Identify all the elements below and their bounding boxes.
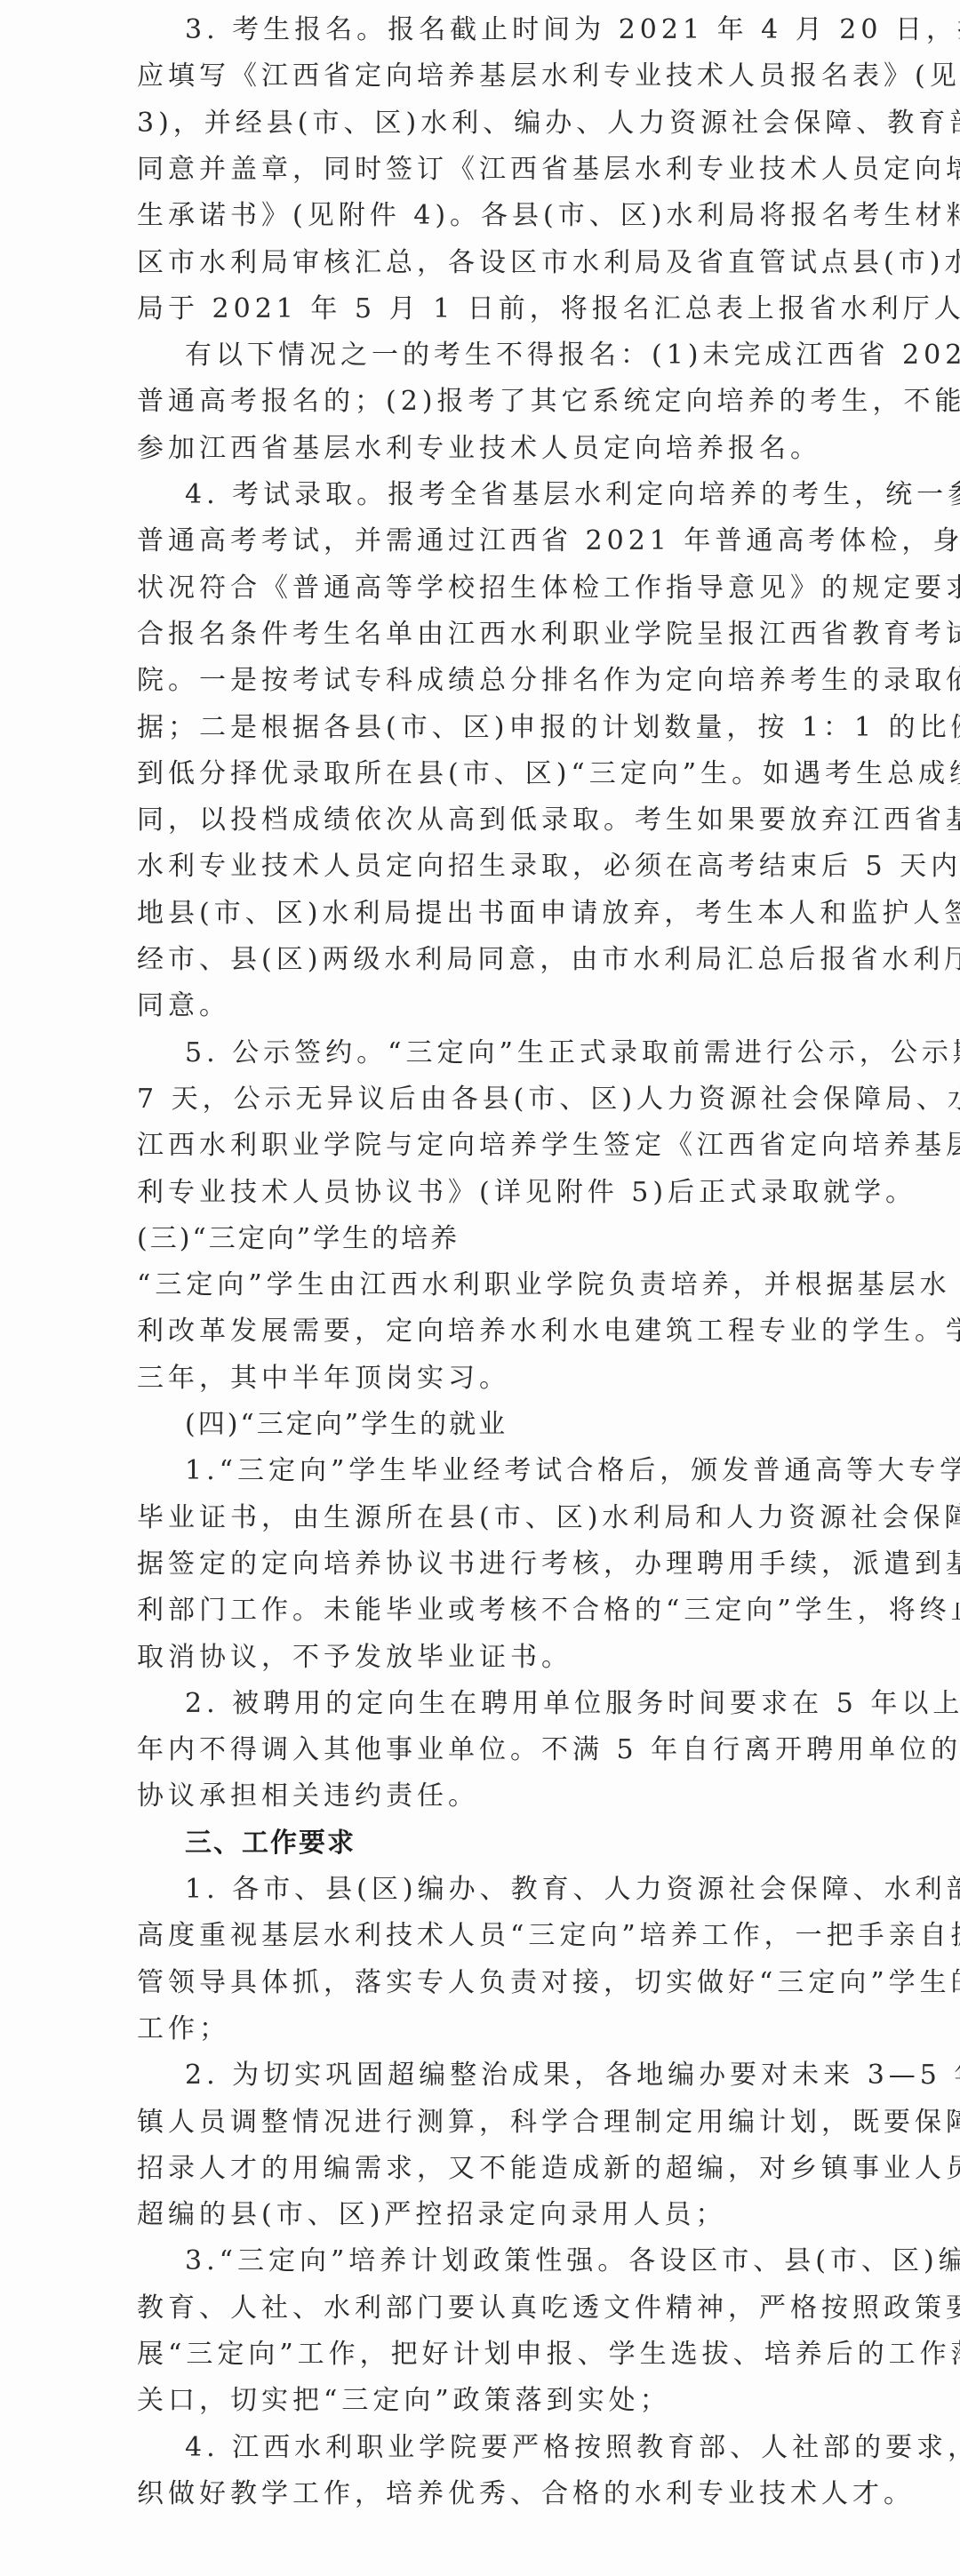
paragraph-line: 3)，并经县(市、区)水利、编办、人力资源社会保障、教育部门审核: [137, 106, 839, 141]
paragraph-line: 合报名条件考生名单由江西水利职业学院呈报江西省教育考试: [137, 617, 839, 652]
paragraph-line: 毕业证书，由生源所在县(市、区)水利局和人力资源社会保障局根: [137, 1500, 839, 1536]
paragraph-line: 年内不得调入其他事业单位。不满 5 年自行离开聘用单位的，按: [137, 1732, 839, 1768]
paragraph-line: 到低分择优录取所在县(市、区)“三定向”生。如遇考生总成绩相: [137, 756, 839, 792]
paragraph-line: 2. 为切实巩固超编整治成果，各地编办要对未来 3—5 年乡: [185, 2058, 839, 2093]
paragraph-line: “三定向”学生由江西水利职业学院负责培养，并根据基层水: [137, 1268, 839, 1303]
paragraph-line: 区市水利局审核汇总，各设区市水利局及省直管试点县(市)水利: [137, 245, 839, 281]
paragraph-line: 织做好教学工作，培养优秀、合格的水利专业技术人才。: [137, 2476, 839, 2512]
paragraph-line: 1.“三定向”学生毕业经考试合格后，颁发普通高等大专学校: [185, 1453, 839, 1489]
paragraph-line: 状况符合《普通高等学校招生体检工作指导意见》的规定要求。符: [137, 571, 839, 606]
paragraph-line: 院。一是按考试专科成绩总分排名作为定向培养考生的录取依: [137, 663, 839, 699]
paragraph-line: 有以下情况之一的考生不得报名：(1)未完成江西省 2021 年: [185, 338, 839, 373]
paragraph-line: 应填写《江西省定向培养基层水利专业技术人员报名表》(见附件: [137, 59, 839, 94]
paragraph-line: 管领导具体抓，落实专人负责对接，切实做好“三定向”学生的招录: [137, 1965, 839, 2001]
paragraph-line: 工作；: [137, 2012, 839, 2047]
paragraph-line: 关口，切实把“三定向”政策落到实处；: [137, 2383, 839, 2419]
paragraph-line: 利部门工作。未能毕业或考核不合格的“三定向”学生，将终止或: [137, 1593, 839, 1628]
paragraph-line: 超编的县(市、区)严控招录定向录用人员；: [137, 2197, 839, 2233]
paragraph-line: 4. 考试录取。报考全省基层水利定向培养的考生，统一参加: [185, 477, 839, 513]
section-heading: 三、工作要求: [185, 1826, 839, 1861]
paragraph-line: 局于 2021 年 5 月 1 日前，将报名汇总表上报省水利厅人事处。: [137, 292, 839, 327]
paragraph-line: 取消协议，不予发放毕业证书。: [137, 1640, 839, 1676]
paragraph-line: 镇人员调整情况进行测算，科学合理制定用编计划，既要保障基层: [137, 2105, 839, 2140]
paragraph-line: 展“三定向”工作，把好计划申报、学生选拔、培养后的工作落实等: [137, 2337, 839, 2372]
paragraph-line: 4. 江西水利职业学院要严格按照教育部、人社部的要求，组: [185, 2430, 839, 2466]
paragraph-line: 据；二是根据各县(市、区)申报的计划数量，按 1：1 的比例从高分: [137, 710, 839, 746]
paragraph-line: 普通高考报名的；(2)报考了其它系统定向培养的考生，不能同时: [137, 384, 839, 420]
paragraph-line: 据签定的定向培养协议书进行考核，办理聘用手续，派遣到基层水: [137, 1547, 839, 1582]
paragraph-line: 水利专业技术人员定向招生录取，必须在高考结束后 5 天内向当: [137, 849, 839, 884]
document-page: 3. 考生报名。报名截止时间为 2021 年 4 月 20 日，报名考生应填写《…: [0, 0, 960, 2576]
paragraph-line: 7 天，公示无异议后由各县(市、区)人力资源社会保障局、水利局、: [137, 1082, 839, 1117]
paragraph-line: 利专业技术人员协议书》(详见附件 5)后正式录取就学。: [137, 1175, 839, 1211]
paragraph-line: 教育、人社、水利部门要认真吃透文件精神，严格按照政策要求开: [137, 2291, 839, 2326]
subsection-heading: (三)“三定向”学生的培养: [137, 1221, 839, 1257]
paragraph-line: 1. 各市、县(区)编办、教育、人力资源社会保障、水利部门要: [185, 1872, 839, 1908]
paragraph-line: 协议承担相关违约责任。: [137, 1779, 839, 1814]
paragraph-line: 同意并盖章，同时签订《江西省基层水利专业技术人员定向培养考: [137, 152, 839, 188]
paragraph-line: 同，以投档成绩依次从高到低录取。考生如果要放弃江西省基层: [137, 803, 839, 838]
paragraph-line: 3. 考生报名。报名截止时间为 2021 年 4 月 20 日，报名考生: [185, 12, 839, 48]
paragraph-line: 地县(市、区)水利局提出书面申请放弃，考生本人和监护人签字，: [137, 896, 839, 932]
paragraph-line: 江西水利职业学院与定向培养学生签定《江西省定向培养基层水: [137, 1128, 839, 1164]
paragraph-line: 高度重视基层水利技术人员“三定向”培养工作，一把手亲自抓，分: [137, 1918, 839, 1954]
paragraph-line: 生承诺书》(见附件 4)。各县(市、区)水利局将报名考生材料报设: [137, 198, 839, 234]
paragraph-line: 3.“三定向”培养计划政策性强。各设区市、县(市、区)编办、: [185, 2244, 839, 2279]
paragraph-line: 2. 被聘用的定向生在聘用单位服务时间要求在 5 年以上，5: [185, 1686, 839, 1722]
paragraph-line: 三年，其中半年顶岗实习。: [137, 1361, 839, 1396]
paragraph-line: 5. 公示签约。“三定向”生正式录取前需进行公示，公示期为: [185, 1036, 839, 1071]
paragraph-line: 普通高考考试，并需通过江西省 2021 年普通高考体检，身体健康: [137, 524, 839, 559]
paragraph-line: 经市、县(区)两级水利局同意，由市水利局汇总后报省水利厅审核: [137, 942, 839, 978]
paragraph-line: 招录人才的用编需求，又不能造成新的超编，对乡镇事业人员总体: [137, 2151, 839, 2187]
paragraph-line: 同意。: [137, 988, 839, 1024]
paragraph-line: 参加江西省基层水利专业技术人员定向培养报名。: [137, 431, 839, 467]
paragraph-line: 利改革发展需要，定向培养水利水电建筑工程专业的学生。学制: [137, 1314, 839, 1349]
subsection-heading: (四)“三定向”学生的就业: [185, 1407, 839, 1443]
